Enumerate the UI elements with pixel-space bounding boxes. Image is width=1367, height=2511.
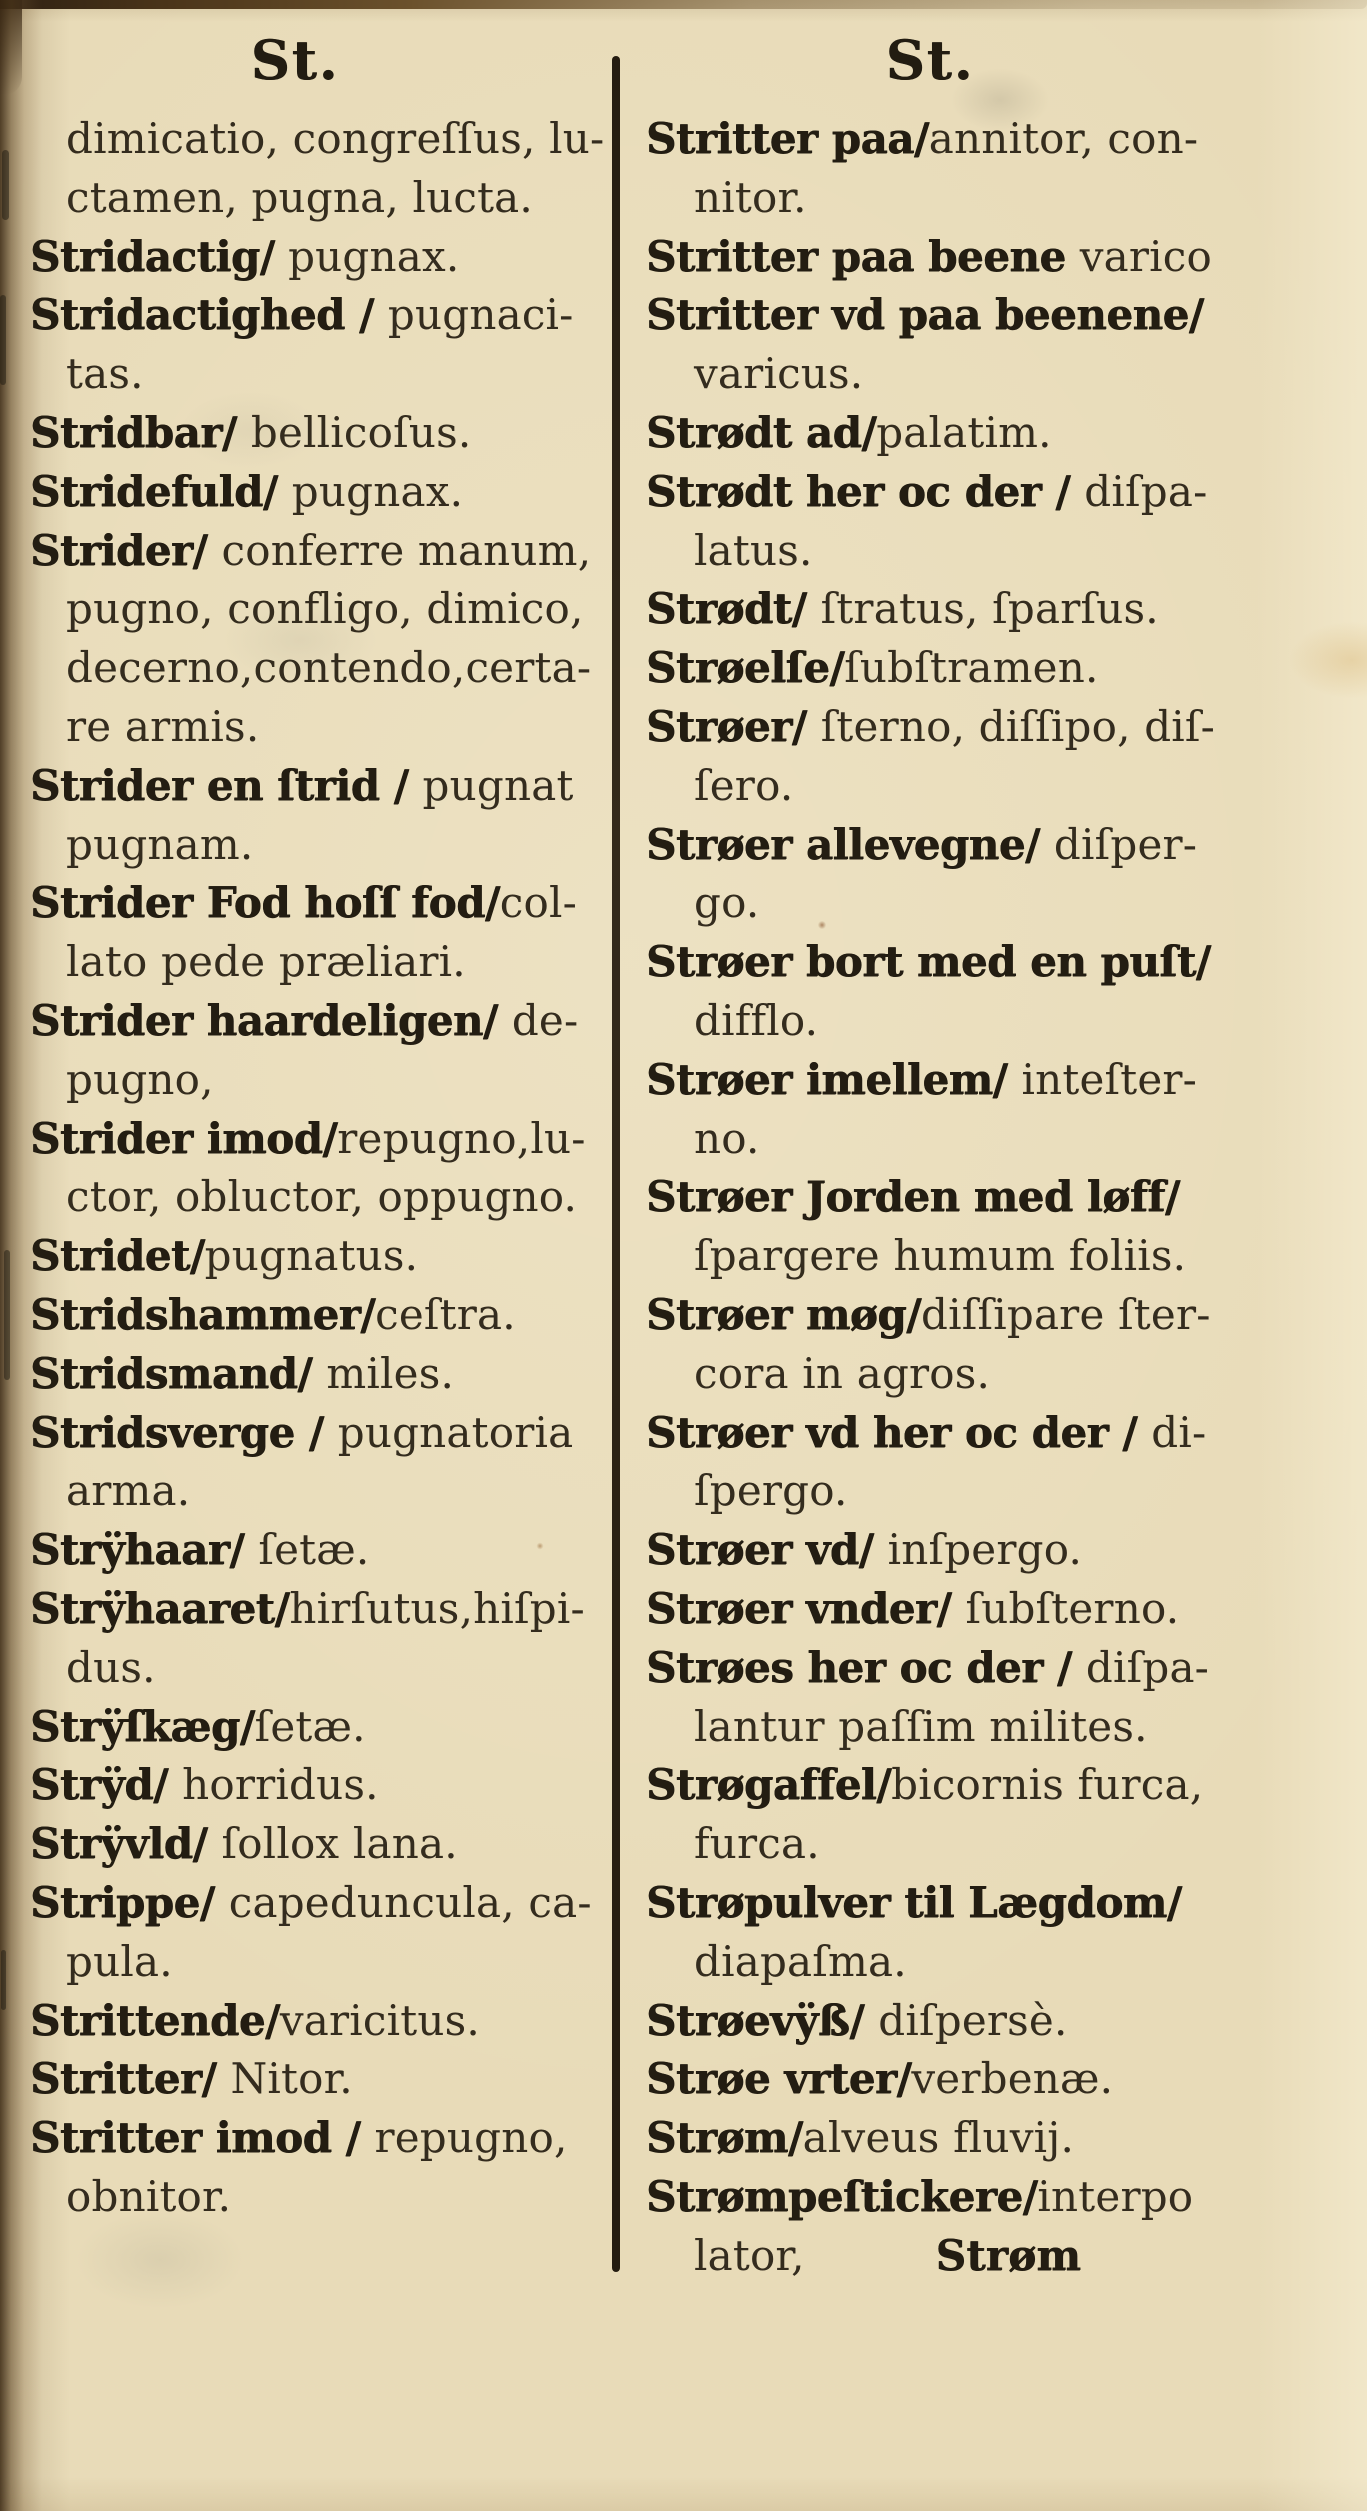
left-column-header: St.	[6, 28, 584, 92]
entry-line: Strøer bort med en puſt/	[646, 933, 1346, 992]
entry-line: Stridsmand/ miles.	[30, 1345, 608, 1404]
entry-line: Strødt her oc der / diſpa-	[646, 463, 1346, 522]
ink-smudge	[2, 150, 9, 220]
latin-gloss: pugnatus.	[205, 1231, 419, 1280]
latin-gloss: ſetæ.	[258, 1525, 369, 1574]
headword: Strøm/	[646, 2113, 803, 2162]
headword: Strøer Jorden med løff/	[646, 1172, 1180, 1221]
entry-line: Stridsverge / pugnatoria	[30, 1404, 608, 1463]
latin-gloss: pugno,	[66, 1055, 214, 1104]
latin-gloss: ceſtra.	[375, 1290, 516, 1339]
latin-gloss: ſpargere humum foliis.	[694, 1231, 1186, 1280]
latin-gloss: latus.	[694, 526, 813, 575]
headword: Strider/	[30, 526, 222, 575]
entry-line: Strider Fod hoſſ fod/col-	[30, 874, 608, 933]
latin-gloss: ſetæ.	[255, 1702, 366, 1751]
entry-line: Stritter imod / repugno,	[30, 2109, 608, 2168]
entry-line: Stritter paa beene varico	[646, 228, 1346, 287]
latin-gloss: interpo	[1037, 2172, 1193, 2221]
catchword: Strøm	[936, 2227, 1081, 2286]
headword: Strødt her oc der /	[646, 467, 1084, 516]
latin-gloss: ctor, obluctor, oppugno.	[66, 1172, 577, 1221]
entry-line: lato pede præliari.	[30, 933, 608, 992]
entry-line: ſpargere humum foliis.	[646, 1227, 1346, 1286]
headword: Strøer vd/	[646, 1525, 888, 1574]
ink-smudge	[1, 1950, 6, 2010]
latin-gloss: obnitor.	[66, 2172, 231, 2221]
entry-line: pula.	[30, 1933, 608, 1992]
latin-gloss: pugnatoria	[338, 1408, 574, 1457]
latin-gloss: nitor.	[694, 173, 807, 222]
latin-gloss: diapaſma.	[694, 1937, 907, 1986]
latin-gloss: inſpergo.	[888, 1525, 1082, 1574]
latin-gloss: repugno,	[374, 2113, 567, 2162]
headword: Strider imod/	[30, 1114, 337, 1163]
ink-smudge	[4, 1250, 10, 1380]
headword: Strøgaffel/	[646, 1760, 891, 1809]
entry-line: Strøevÿß/ diſpersè.	[646, 1992, 1346, 2051]
latin-gloss: horridus.	[182, 1760, 379, 1809]
headword: Stridsmand/	[30, 1349, 326, 1398]
headword: Strøer vd her oc der /	[646, 1408, 1151, 1457]
entry-line: diapaſma.	[646, 1933, 1346, 1992]
entry-line: ctamen, pugna, lucta.	[30, 169, 608, 228]
headword: Strøes her oc der /	[646, 1643, 1086, 1692]
latin-gloss: conferre manum,	[222, 526, 592, 575]
entry-line: Strøer Jorden med løff/	[646, 1168, 1346, 1227]
entry-line: pugno, confligo, dimico,	[30, 580, 608, 639]
entry-line: Strømpeſtickere/interpo	[646, 2168, 1346, 2227]
entry-line: Strider/ conferre manum,	[30, 522, 608, 581]
latin-gloss: difflo.	[694, 996, 818, 1045]
headword: Stritter vd paa beenene/	[646, 290, 1204, 339]
right-column: St. Stritter paa/annitor, con-nitor.Stri…	[646, 28, 1346, 2285]
entry-line: Strÿd/ horridus.	[30, 1756, 608, 1815]
headword: Strødt/	[646, 584, 821, 633]
entry-line: Strøer allevegne/ diſper-	[646, 816, 1346, 875]
headword: Stridet/	[30, 1231, 205, 1280]
headword: Stritter/	[30, 2054, 230, 2103]
latin-gloss: ſterno, diſſipo, diſ-	[821, 702, 1215, 751]
entry-line: nitor.	[646, 169, 1346, 228]
headword: Strøer/	[646, 702, 821, 751]
left-column-entries: dimicatio, congreſſus, lu-ctamen, pugna,…	[30, 110, 608, 2227]
entry-line: Strÿhaar/ ſetæ.	[30, 1521, 608, 1580]
entry-line: Stridet/pugnatus.	[30, 1227, 608, 1286]
headword: Strøevÿß/	[646, 1996, 878, 2045]
latin-gloss: col-	[500, 878, 577, 927]
entry-line: Strøer vnder/ ſubſterno.	[646, 1580, 1346, 1639]
entry-line: Strødt ad/palatim.	[646, 404, 1346, 463]
left-column: St. dimicatio, congreſſus, lu-ctamen, pu…	[30, 28, 608, 2227]
entry-line: Strÿſkæg/ſetæ.	[30, 1698, 608, 1757]
latin-gloss: lator,	[694, 2227, 805, 2286]
headword: Strødt ad/	[646, 408, 876, 457]
entry-line: no.	[646, 1110, 1346, 1169]
page-top-edge	[0, 0, 1367, 9]
latin-gloss: cora in agros.	[694, 1349, 990, 1398]
latin-gloss: lantur paſſim milites.	[694, 1702, 1148, 1751]
latin-gloss: re armis.	[66, 702, 259, 751]
latin-gloss: dimicatio, congreſſus, lu-	[66, 114, 604, 163]
latin-gloss: ſero.	[694, 761, 793, 810]
entry-line: Strøelſe/ſubſtramen.	[646, 639, 1346, 698]
entry-line: ſpergo.	[646, 1462, 1346, 1521]
latin-gloss: pugnax.	[292, 467, 463, 516]
column-divider-rule	[612, 56, 620, 2272]
headword: Stritter paa/	[646, 114, 929, 163]
entry-line: furca.	[646, 1815, 1346, 1874]
latin-gloss: de-	[512, 996, 579, 1045]
latin-gloss: inteſter-	[1022, 1055, 1198, 1104]
latin-gloss: alveus fluvij.	[803, 2113, 1074, 2162]
entry-line: Strøpulver til Lægdom/	[646, 1874, 1346, 1933]
latin-gloss: arma.	[66, 1466, 190, 1515]
headword: Strÿvld/	[30, 1819, 221, 1868]
latin-gloss: diſpa-	[1086, 1643, 1209, 1692]
headword: Strøer bort med en puſt/	[646, 937, 1211, 986]
entry-line: Strider imod/repugno,lu-	[30, 1110, 608, 1169]
entry-line: go.	[646, 874, 1346, 933]
entry-line: Strøer vd/ inſpergo.	[646, 1521, 1346, 1580]
entry-line: Strøer imellem/ inteſter-	[646, 1051, 1346, 1110]
entry-line: Strødt/ ſtratus, ſparſus.	[646, 580, 1346, 639]
entry-line: Strøgaffel/bicornis furca,	[646, 1756, 1346, 1815]
headword: Stridsverge /	[30, 1408, 338, 1457]
headword: Strÿhaar/	[30, 1525, 258, 1574]
entry-line: Stridbar/ bellicoſus.	[30, 404, 608, 463]
entry-line: Stritter vd paa beenene/	[646, 286, 1346, 345]
latin-gloss: miles.	[326, 1349, 454, 1398]
headword: Stridefuld/	[30, 467, 292, 516]
entry-line: Strøer/ ſterno, diſſipo, diſ-	[646, 698, 1346, 757]
latin-gloss: palatim.	[876, 408, 1052, 457]
latin-gloss: varicitus.	[280, 1996, 480, 2045]
headword: Stridactig/	[30, 232, 275, 281]
ink-smudge	[0, 295, 6, 385]
entry-line: tas.	[30, 345, 608, 404]
headword: Strider Fod hoſſ fod/	[30, 878, 500, 927]
latin-gloss: pugnax.	[275, 232, 460, 281]
latin-gloss: ſollox lana.	[221, 1819, 457, 1868]
latin-gloss: tas.	[66, 349, 144, 398]
latin-gloss: ſubſterno.	[965, 1584, 1179, 1633]
entry-line: Stridefuld/ pugnax.	[30, 463, 608, 522]
headword: Strÿd/	[30, 1760, 182, 1809]
entry-line: Strÿhaaret/hirſutus,hiſpi-	[30, 1580, 608, 1639]
latin-gloss: varico	[1080, 232, 1212, 281]
entry-line: dus.	[30, 1639, 608, 1698]
latin-gloss: ctamen, pugna, lucta.	[66, 173, 533, 222]
latin-gloss: pula.	[66, 1937, 173, 1986]
entry-line: ctor, obluctor, oppugno.	[30, 1168, 608, 1227]
entry-line: Strÿvld/ ſollox lana.	[30, 1815, 608, 1874]
entry-line: Strøe vrter/verbenæ.	[646, 2050, 1346, 2109]
headword: Strøer vnder/	[646, 1584, 965, 1633]
headword: Strøe vrter/	[646, 2054, 911, 2103]
headword: Stridbar/	[30, 408, 251, 457]
latin-gloss: no.	[694, 1114, 760, 1163]
headword: Strÿſkæg/	[30, 1702, 255, 1751]
entry-line: Strøes her oc der / diſpa-	[646, 1639, 1346, 1698]
latin-gloss: Nitor.	[230, 2054, 352, 2103]
latin-gloss: diſpa-	[1084, 467, 1207, 516]
headword: Stritter imod /	[30, 2113, 374, 2162]
latin-gloss: annitor, con-	[929, 114, 1199, 163]
latin-gloss: ſtratus, ſparſus.	[821, 584, 1159, 633]
latin-gloss: pugnat	[423, 761, 574, 810]
headword: Strøer imellem/	[646, 1055, 1022, 1104]
latin-gloss: lato pede præliari.	[66, 937, 466, 986]
entry-line: Strider en ſtrid / pugnat	[30, 757, 608, 816]
entry-line: Strider haardeligen/ de-	[30, 992, 608, 1051]
latin-gloss: diſpersè.	[878, 1996, 1067, 2045]
right-column-entries: Stritter paa/annitor, con-nitor.Stritter…	[646, 110, 1346, 2285]
entry-line: cora in agros.	[646, 1345, 1346, 1404]
latin-gloss: pugnaci-	[388, 290, 574, 339]
entry-line: latus.	[646, 522, 1346, 581]
latin-gloss: capeduncula, ca-	[229, 1878, 592, 1927]
latin-gloss: dus.	[66, 1643, 156, 1692]
headword: Stridactighed /	[30, 290, 388, 339]
latin-gloss: pugnam.	[66, 820, 254, 869]
latin-gloss: ſubſtramen.	[844, 643, 1098, 692]
headword: Strider en ſtrid /	[30, 761, 423, 810]
headword: Strøelſe/	[646, 643, 844, 692]
latin-gloss: di-	[1151, 1408, 1206, 1457]
latin-gloss: pugno, confligo, dimico,	[66, 584, 584, 633]
entry-line: dimicatio, congreſſus, lu-	[30, 110, 608, 169]
entry-line: Stridshammer/ceſtra.	[30, 1286, 608, 1345]
entry-line: pugnam.	[30, 816, 608, 875]
book-page: St. dimicatio, congreſſus, lu-ctamen, pu…	[0, 0, 1367, 2511]
headword: Strippe/	[30, 1878, 229, 1927]
latin-gloss: furca.	[694, 1819, 820, 1868]
entry-line: pugno,	[30, 1051, 608, 1110]
entry-line: decerno,contendo,certa-	[30, 639, 608, 698]
latin-gloss: diſper-	[1054, 820, 1197, 869]
latin-gloss: ſpergo.	[694, 1466, 848, 1515]
latin-gloss: varicus.	[694, 349, 863, 398]
entry-line: obnitor.	[30, 2168, 608, 2227]
latin-gloss: repugno,lu-	[337, 1114, 585, 1163]
latin-gloss: bellicoſus.	[251, 408, 472, 457]
headword: Strittende/	[30, 1996, 280, 2045]
entry-line: Stritter paa/annitor, con-	[646, 110, 1346, 169]
latin-gloss: diſſipare ſter-	[921, 1290, 1211, 1339]
latin-gloss: decerno,contendo,certa-	[66, 643, 591, 692]
entry-line: lantur paſſim milites.	[646, 1698, 1346, 1757]
latin-gloss: hirſutus,hiſpi-	[289, 1584, 585, 1633]
headword: Stritter paa beene	[646, 232, 1080, 281]
entry-line: Stridactig/ pugnax.	[30, 228, 608, 287]
entry-line: Strøer vd her oc der / di-	[646, 1404, 1346, 1463]
headword: Strøpulver til Lægdom/	[646, 1878, 1182, 1927]
right-column-header: St.	[580, 28, 1280, 92]
entry-line: Strøm/alveus fluvij.	[646, 2109, 1346, 2168]
entry-line: varicus.	[646, 345, 1346, 404]
headword: Strider haardeligen/	[30, 996, 512, 1045]
headword: Strøer allevegne/	[646, 820, 1054, 869]
headword: Stridshammer/	[30, 1290, 375, 1339]
entry-line: re armis.	[30, 698, 608, 757]
entry-line: Strøer møg/diſſipare ſter-	[646, 1286, 1346, 1345]
entry-line: Strippe/ capeduncula, ca-	[30, 1874, 608, 1933]
entry-line: Stritter/ Nitor.	[30, 2050, 608, 2109]
headword: Strømpeſtickere/	[646, 2172, 1037, 2221]
latin-gloss: verbenæ.	[911, 2054, 1113, 2103]
entry-line: Strittende/varicitus.	[30, 1992, 608, 2051]
headword: Strøer møg/	[646, 1290, 921, 1339]
headword: Strÿhaaret/	[30, 1584, 289, 1633]
entry-line: ſero.	[646, 757, 1346, 816]
latin-gloss: bicornis furca,	[891, 1760, 1203, 1809]
entry-line: lator,Strøm	[646, 2227, 1346, 2286]
entry-line: arma.	[30, 1462, 608, 1521]
entry-line: difflo.	[646, 992, 1346, 1051]
latin-gloss: go.	[694, 878, 759, 927]
entry-line: Stridactighed / pugnaci-	[30, 286, 608, 345]
